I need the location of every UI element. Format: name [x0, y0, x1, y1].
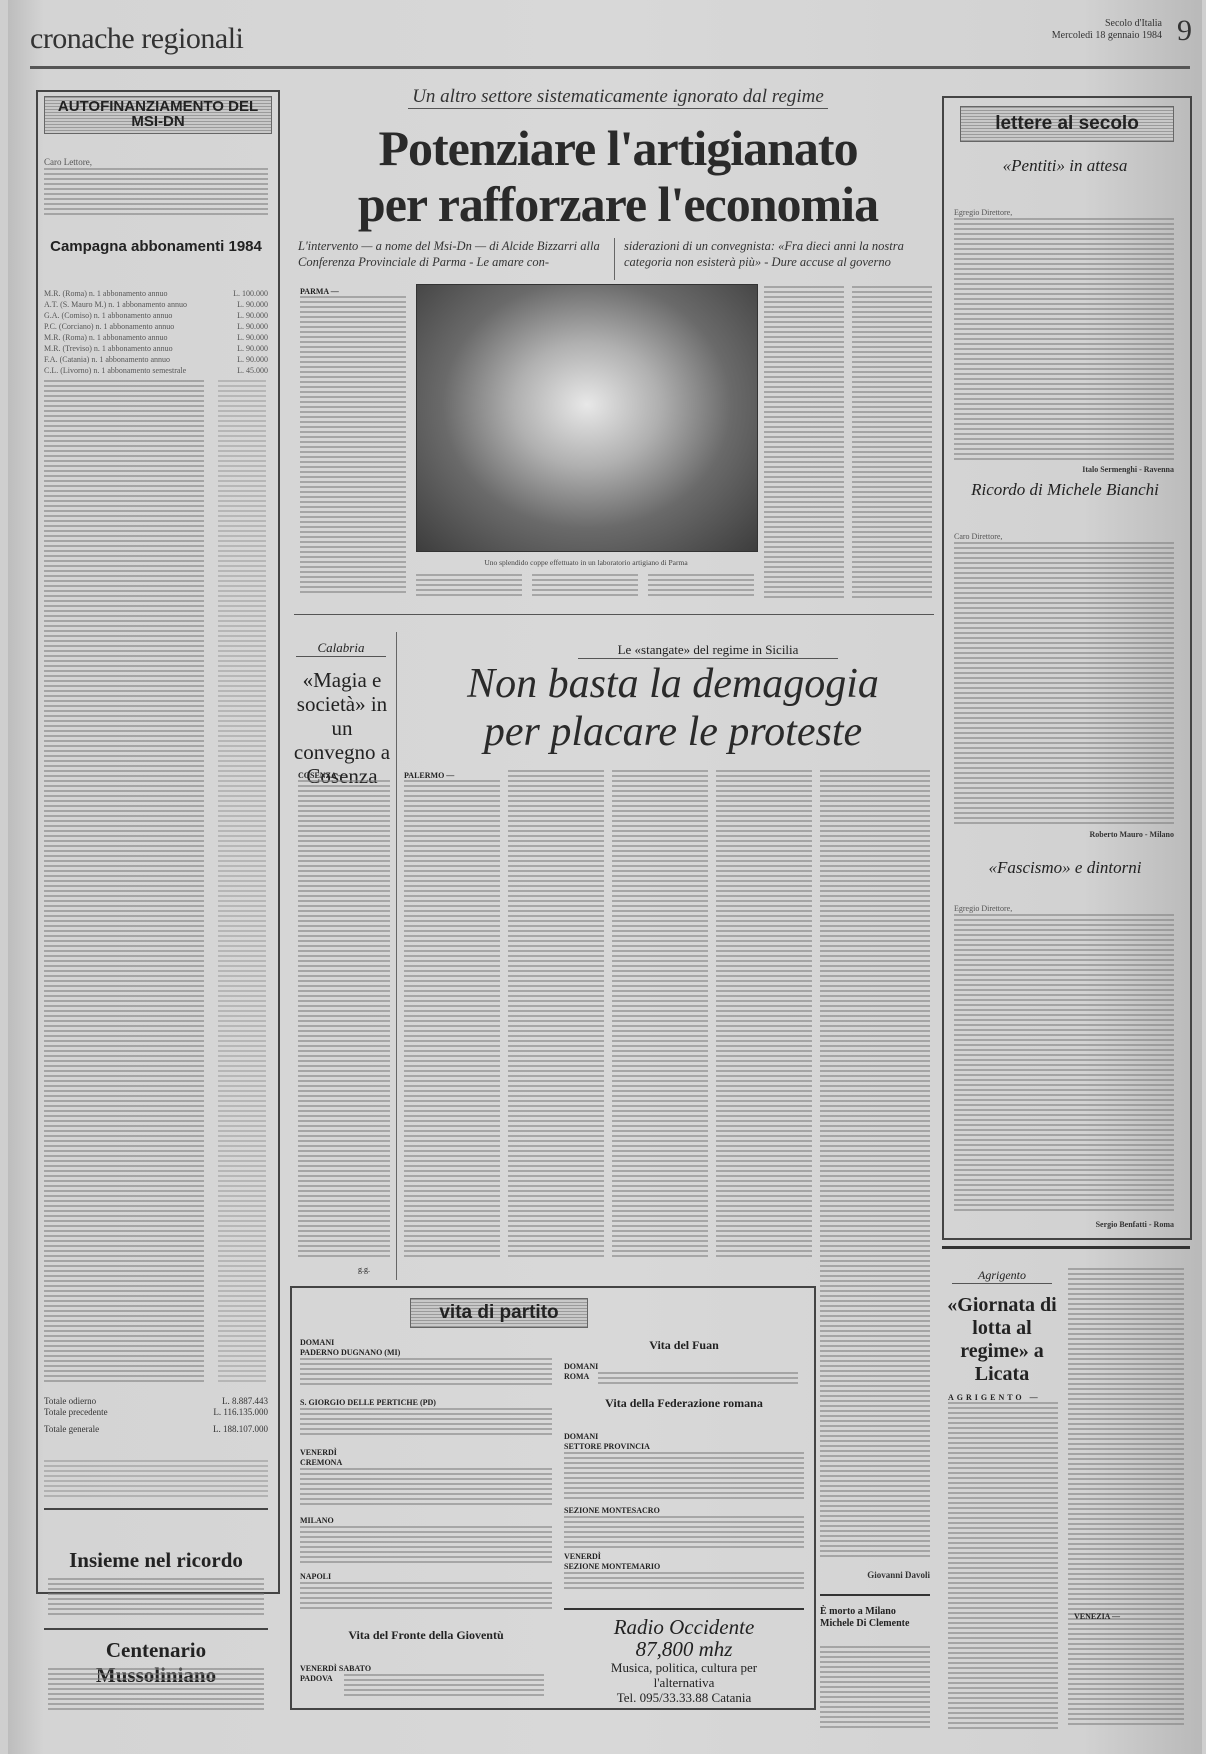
obituary-headline: È morto a Milano Michele Di Clemente	[820, 1606, 930, 1630]
calabria-text	[298, 780, 390, 1260]
letter-body	[954, 914, 1174, 1214]
fronte-heading: VENERDÌ SABATO	[300, 1664, 371, 1673]
masthead: Secolo d'Italia Mercoledì 18 gennaio 198…	[1052, 18, 1162, 42]
page-number: 9	[1177, 14, 1192, 48]
photo-caption: Uno splendido coppe effettuato in un lab…	[416, 558, 756, 567]
event-place: PADERNO DUGNANO (MI)	[300, 1348, 552, 1358]
main-deck-left: L'intervento — a nome del Msi-Dn — di Al…	[298, 238, 603, 270]
remembrance-text	[48, 1578, 264, 1616]
fronte-place: PADOVA	[300, 1674, 333, 1683]
event-place: ROMA	[564, 1372, 589, 1381]
totals-breakdown	[44, 1460, 268, 1500]
event-place: NAPOLI	[300, 1572, 552, 1582]
main-col-1	[300, 296, 406, 594]
event-place: SEZIONE MONTEMARIO	[564, 1562, 804, 1572]
letter-body	[954, 218, 1174, 460]
event-place: MILANO	[300, 1516, 552, 1526]
list-item: C.L. (Livorno) n. 1 abbonamento semestra…	[44, 365, 268, 376]
fuan-title: Vita del Fuan	[564, 1338, 804, 1353]
intro-text	[44, 168, 268, 218]
obituary-text	[820, 1646, 930, 1728]
main-col-4	[764, 286, 844, 598]
main-kicker: Un altro settore sistematicamente ignora…	[408, 86, 828, 109]
letter-title: «Pentiti» in attesa	[958, 156, 1172, 176]
radio-tagline: Musica, politica, cultura per l'alternat…	[609, 1660, 759, 1690]
federazione-title: Vita della Federazione romana	[564, 1396, 804, 1410]
agrigento-headline: «Giornata di lotta al regime» a Licata	[946, 1294, 1058, 1386]
party-life-left: DOMANI PADERNO DUGNANO (MI) S. GIORGIO D…	[300, 1338, 552, 1612]
letter-title: Ricordo di Michele Bianchi	[958, 480, 1172, 500]
list-item: M.R. (Roma) n. 1 abbonamento annuoL. 90.…	[44, 332, 268, 343]
federazione-list: DOMANI SETTORE PROVINCIA SEZIONE MONTESA…	[564, 1432, 804, 1592]
issue-date: Mercoledì 18 gennaio 1984	[1052, 30, 1162, 42]
campaign-title: Campagna abbonamenti 1984	[44, 238, 268, 256]
subscription-list-names	[44, 380, 204, 1385]
radio-name: Radio Occidente	[564, 1616, 804, 1638]
letter-salutation: Egregio Direttore,	[954, 904, 1012, 913]
list-item: G.A. (Comiso) n. 1 abbonamento annuoL. 9…	[44, 310, 268, 321]
radio-phone: Tel. 095/33.33.88 Catania	[564, 1690, 804, 1705]
autofinanziamento-banner: AUTOFINANZIAMENTO DEL MSI-DN	[44, 96, 272, 134]
main-headline: Potenziare l'artigianato per rafforzare …	[298, 120, 938, 232]
article-photo	[416, 284, 758, 552]
list-item: F.A. (Catania) n. 1 abbonamento annuoL. …	[44, 354, 268, 365]
calabria-region: Calabria	[296, 640, 386, 657]
list-item: M.R. (Treviso) n. 1 abbonamento annuoL. …	[44, 343, 268, 354]
sicily-headline: Non basta la demagogia per placare le pr…	[408, 660, 938, 756]
event-place: SEZIONE MONTESACRO	[564, 1506, 804, 1516]
sicily-signature: Giovanni Davoli	[820, 1570, 930, 1580]
radio-frequency: 87,800 mhz	[564, 1638, 804, 1660]
agrigento-region: Agrigento	[952, 1268, 1052, 1284]
letter-salutation: Caro Direttore,	[954, 532, 1002, 541]
newspaper-page: cronache regionali Secolo d'Italia Merco…	[8, 0, 1202, 1754]
party-life-banner: vita di partito	[410, 1298, 588, 1328]
letter-salutation: Egregio Direttore,	[954, 208, 1012, 217]
header-rule	[30, 66, 1190, 69]
event-place: S. GIORGIO DELLE PERTICHE (PD)	[300, 1398, 552, 1408]
fronte-title: Vita del Fronte della Gioventù	[300, 1628, 552, 1642]
remembrance-title: Insieme nel ricordo	[44, 1548, 268, 1573]
calabria-signature: g.g.	[358, 1264, 370, 1276]
centenary-text	[48, 1668, 264, 1710]
list-item: A.T. (S. Mauro M.) n. 1 abbonamento annu…	[44, 299, 268, 310]
venezia-dateline: VENEZIA —	[1074, 1612, 1120, 1621]
main-deck-right: siderazioni di un convegnista: «Fra diec…	[624, 238, 929, 270]
intro-salutation: Caro Lettore,	[44, 156, 92, 168]
radio-ad: Radio Occidente 87,800 mhz Musica, polit…	[564, 1616, 804, 1705]
event-place: SETTORE PROVINCIA	[564, 1442, 804, 1452]
sicily-kicker: Le «stangate» del regime in Sicilia	[578, 642, 838, 659]
subscription-list-amounts	[218, 380, 266, 1385]
event-place: CREMONA	[300, 1458, 552, 1468]
letter-body	[954, 542, 1174, 824]
totals: Totale odiernoL. 8.887.443 Totale preced…	[44, 1396, 268, 1435]
list-item: P.C. (Corciano) n. 1 abbonamento annuoL.…	[44, 321, 268, 332]
subscription-list: M.R. (Roma) n. 1 abbonamento annuoL. 100…	[44, 288, 268, 376]
letter-title: «Fascismo» e dintorni	[958, 858, 1172, 878]
newspaper-name: Secolo d'Italia	[1052, 18, 1162, 30]
letter-signature: Italo Sermenghi - Ravenna	[954, 465, 1174, 474]
section-title: cronache regionali	[30, 22, 243, 56]
letters-banner: lettere al secolo	[960, 106, 1174, 142]
letter-signature: Roberto Mauro - Milano	[954, 830, 1174, 839]
main-col-5	[852, 286, 932, 598]
list-item: M.R. (Roma) n. 1 abbonamento annuoL. 100…	[44, 288, 268, 299]
letter-signature: Sergio Benfatti - Roma	[954, 1220, 1174, 1229]
